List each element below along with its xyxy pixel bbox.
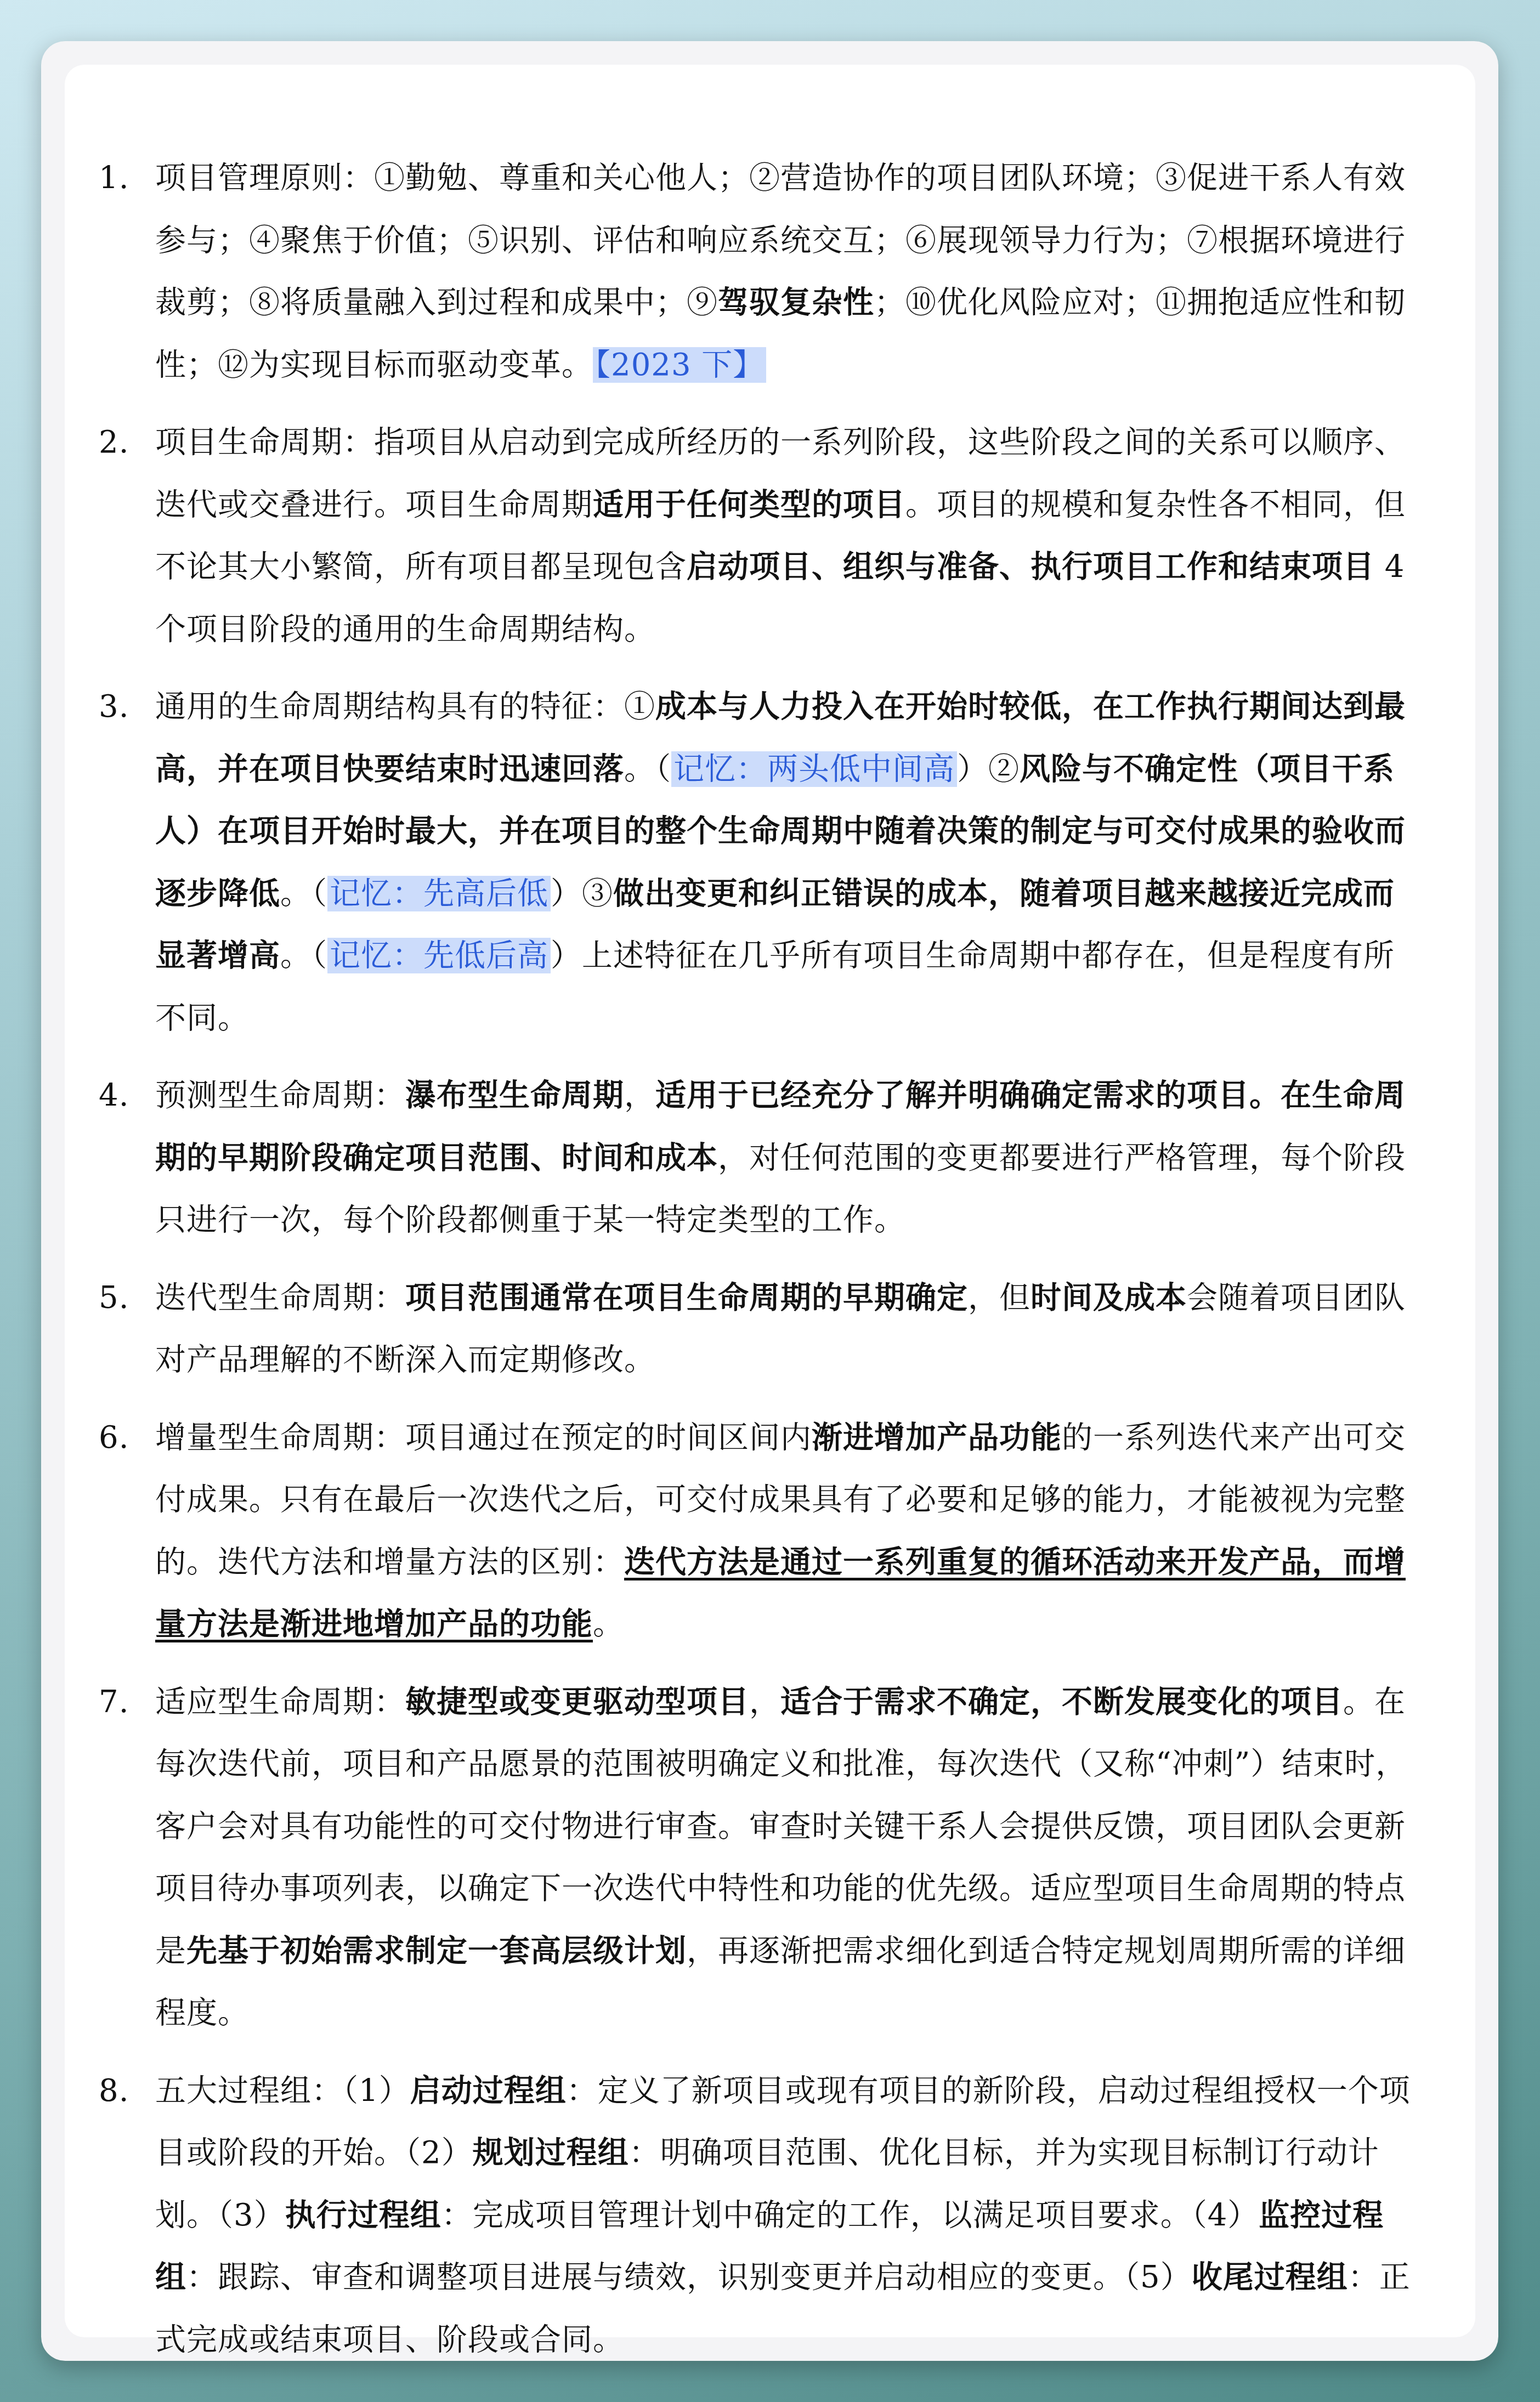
text-run: ）②: [957, 751, 1020, 787]
item-number: 6.: [99, 1407, 154, 1469]
bold-emphasis: 渐进增加产品功能: [812, 1419, 1062, 1455]
text-run: 通用的生命周期结构具有的特征：①: [155, 689, 655, 724]
item-body: 增量型生命周期：项目通过在预定的时间区间内渐进增加产品功能的一系列迭代来产出可交…: [155, 1420, 1406, 1642]
list-item: 8.五大过程组：（1）启动过程组：定义了新项目或现有项目的新阶段，启动过程组授权…: [65, 2060, 1475, 2371]
item-number: 3.: [99, 676, 154, 738]
item-body: 五大过程组：（1）启动过程组：定义了新项目或现有项目的新阶段，启动过程组授权一个…: [155, 2073, 1411, 2358]
list-item: 7.适应型生命周期：敏捷型或变更驱动型项目，适合于需求不确定，不断发展变化的项目…: [65, 1671, 1475, 2044]
text-run: 五大过程组：（1）: [155, 2073, 410, 2109]
list-item: 1.项目管理原则：①勤勉、尊重和关心他人；②营造协作的项目团队环境；③促进干系人…: [65, 147, 1475, 396]
item-number: 4.: [99, 1064, 154, 1127]
bold-emphasis: 启动过程组: [410, 2072, 567, 2109]
note-content: 1.项目管理原则：①勤勉、尊重和关心他人；②营造协作的项目团队环境；③促进干系人…: [65, 147, 1475, 2386]
bold-emphasis: 时间及成本: [1031, 1279, 1187, 1316]
bold-emphasis: 收尾过程组: [1192, 2259, 1348, 2295]
note-card: 1.项目管理原则：①勤勉、尊重和关心他人；②营造协作的项目团队环境；③促进干系人…: [65, 65, 1475, 2337]
text-run: ）③: [551, 876, 613, 911]
text-run: 。在每次迭代前，项目和产品愿景的范围被明确定义和批准，每次迭代（又称“冲刺”）结…: [155, 1684, 1407, 1969]
bold-emphasis: 敏捷型或变更驱动型项目: [405, 1684, 749, 1720]
text-run: ，: [624, 1078, 655, 1113]
item-number: 8.: [99, 2060, 154, 2122]
text-run: 。: [593, 1606, 624, 1642]
text-run: ，但: [968, 1280, 1031, 1316]
text-run: 。（: [280, 876, 327, 911]
text-run: 。（: [280, 938, 327, 973]
bold-emphasis: 先基于初始需求制定一套高层级计划: [186, 1933, 687, 1969]
outer-card-frame: 1.项目管理原则：①勤勉、尊重和关心他人；②营造协作的项目团队环境；③促进干系人…: [41, 41, 1498, 2361]
text-run: ：完成项目管理计划中确定的工作，以满足项目要求。（4）: [441, 2197, 1259, 2233]
memory-highlight: 记忆：两头低中间高: [671, 751, 957, 787]
text-run: 增量型生命周期：项目通过在预定的时间区间内: [155, 1420, 812, 1455]
list-item: 2.项目生命周期：指项目从启动到完成所经历的一系列阶段，这些阶段之间的关系可以顺…: [65, 411, 1475, 660]
bold-emphasis: 瀑布型生命周期: [405, 1077, 624, 1113]
list-item: 6.增量型生命周期：项目通过在预定的时间区间内渐进增加产品功能的一系列迭代来产出…: [65, 1407, 1475, 1656]
memory-highlight: 记忆：先低后高: [327, 938, 551, 973]
bold-emphasis: 启动项目、组织与准备、执行项目工作和结束项目: [687, 548, 1374, 585]
bold-emphasis: 适用于任何类型的项目: [593, 486, 905, 523]
item-number: 2.: [99, 411, 154, 474]
knowledge-list: 1.项目管理原则：①勤勉、尊重和关心他人；②营造协作的项目团队环境；③促进干系人…: [65, 147, 1475, 2371]
bold-emphasis: 驾驭复杂性: [718, 284, 874, 320]
item-body: 预测型生命周期：瀑布型生命周期，适用于已经充分了解并明确确定需求的项目。在生命周…: [155, 1078, 1406, 1238]
item-number: 1.: [99, 147, 154, 209]
item-body: 适应型生命周期：敏捷型或变更驱动型项目，适合于需求不确定，不断发展变化的项目。在…: [155, 1684, 1407, 2031]
list-item: 5.迭代型生命周期：项目范围通常在项目生命周期的早期确定，但时间及成本会随着项目…: [65, 1267, 1475, 1391]
text-run: 预测型生命周期：: [155, 1078, 405, 1113]
item-number: 5.: [99, 1267, 154, 1329]
text-run: 。（: [624, 751, 671, 787]
item-body: 通用的生命周期结构具有的特征：①成本与人力投入在开始时较低，在工作执行期间达到最…: [155, 689, 1406, 1036]
text-run: ，: [749, 1684, 780, 1720]
item-number: 7.: [99, 1671, 154, 1733]
bold-emphasis: 规划过程组: [473, 2134, 629, 2171]
text-run: 适应型生命周期：: [155, 1684, 405, 1720]
item-body: 项目管理原则：①勤勉、尊重和关心他人；②营造协作的项目团队环境；③促进干系人有效…: [155, 160, 1406, 383]
list-item: 3.通用的生命周期结构具有的特征：①成本与人力投入在开始时较低，在工作执行期间达…: [65, 676, 1475, 1049]
bold-emphasis: 项目范围通常在项目生命周期的早期确定: [405, 1279, 968, 1316]
list-item: 4.预测型生命周期：瀑布型生命周期，适用于已经充分了解并明确确定需求的项目。在生…: [65, 1064, 1475, 1251]
text-run: 迭代型生命周期：: [155, 1280, 405, 1316]
memory-highlight: 记忆：先高后低: [327, 876, 551, 911]
bold-emphasis: 适合于需求不确定，不断发展变化的项目: [780, 1684, 1343, 1720]
text-run: ：跟踪、审查和调整项目进展与绩效，识别变更并启动相应的变更。（5）: [186, 2259, 1192, 2295]
bold-emphasis: 执行过程组: [285, 2197, 441, 2233]
item-body: 迭代型生命周期：项目范围通常在项目生命周期的早期确定，但时间及成本会随着项目团队…: [155, 1280, 1406, 1378]
item-body: 项目生命周期：指项目从启动到完成所经历的一系列阶段，这些阶段之间的关系可以顺序、…: [155, 424, 1406, 647]
memory-highlight: 【2023 下】: [593, 347, 766, 383]
